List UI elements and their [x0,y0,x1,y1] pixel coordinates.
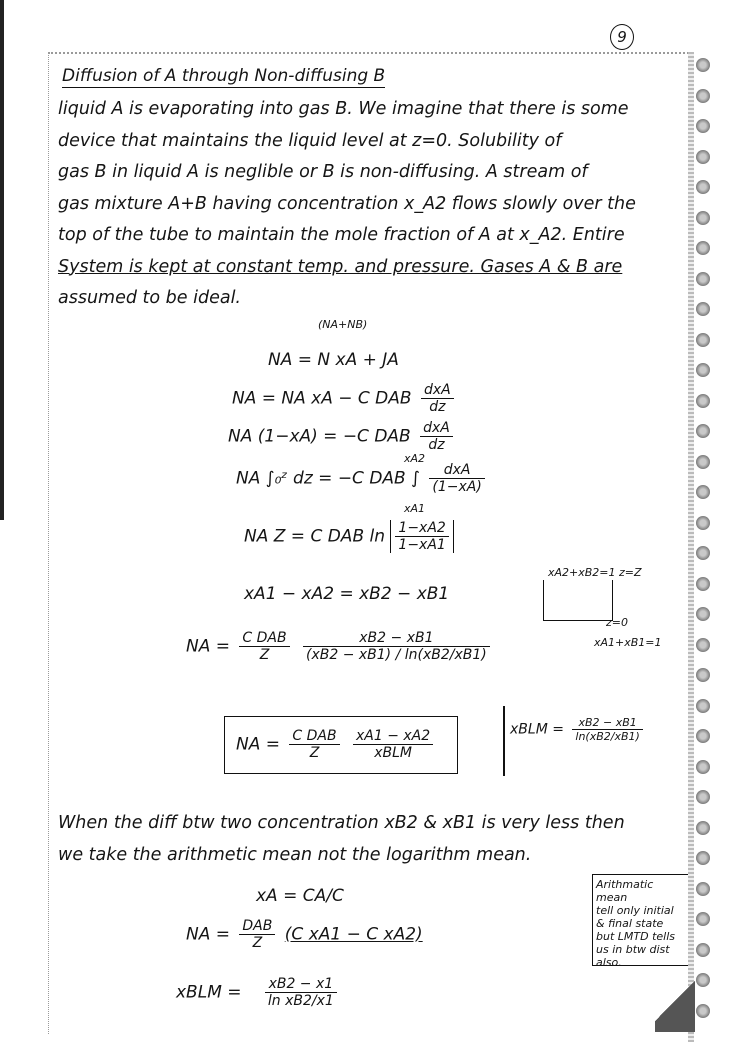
spiral-hole [696,607,710,621]
eq5-lhs: NA Z = C DAB ln [244,527,385,547]
numerator: xB2 − xB1 [572,716,642,730]
numerator: xB2 − x1 [265,976,337,993]
boxed-equation: NA = C DAB Z xA1 − xA2 xBLM [236,728,437,761]
arithmetic-flux-equation: NA = DAB Z (C xA1 − C xA2) [186,918,423,951]
eq2-fraction: dxA dz [421,382,454,415]
eq4-fraction: dxA (1−xA) [429,462,484,495]
paragraph-line: liquid A is evaporating into gas B. We i… [58,94,668,126]
spiral-hole [696,241,710,255]
spiral-hole [696,180,710,194]
numerator: C DAB [289,728,339,745]
e2-fraction: DAB Z [239,918,275,951]
spiral-hole [696,760,710,774]
eq4-lhs: NA ∫₀ᶻ dz = −C DAB ∫ [236,469,420,489]
paragraph-line: When the diff btw two concentration xB2 … [58,808,668,840]
denominator: ln xB2/x1 [265,993,337,1009]
spiral-hole [696,943,710,957]
eq7-fraction-2: xB2 − xB1 (xB2 − xB1) / ln(xB2/xB1) [303,630,490,663]
eq7-fraction-1: C DAB Z [239,630,289,663]
divider-line [503,706,505,776]
spiral-hole [696,699,710,713]
page-title: Diffusion of A through Non-diffusing B [62,66,385,88]
xblm-fraction: xB2 − xB1 ln(xB2/xB1) [572,716,642,743]
numerator: dxA [420,420,453,437]
numerator: xB2 − xB1 [303,630,490,647]
e3-fraction: xB2 − x1 ln xB2/x1 [265,976,337,1009]
equation-4: NA ∫₀ᶻ dz = −C DAB ∫ dxA (1−xA) xA2 xA1 [236,462,489,495]
side-note-line: also. [596,956,685,969]
eq3-fraction: dxA dz [420,420,453,453]
denominator: Z [239,935,275,951]
denominator: (1−xA) [429,479,484,495]
spiral-hole [696,668,710,682]
spiral-hole [696,363,710,377]
denominator: dz [421,399,454,415]
spiral-hole [696,912,710,926]
spiral-hole [696,211,710,225]
eq3-lhs: NA (1−xA) = −C DAB [228,427,411,447]
e3-lhs: xBLM = [176,983,242,1003]
eq5-fraction: 1−xA2 1−xA1 [395,520,448,553]
numerator: 1−xA2 [395,520,448,537]
denominator: Z [239,647,289,663]
side-note-line: tell only initial [596,904,685,917]
e2-rhs: (C xA1 − C xA2) [285,925,423,945]
xblm-lhs: xBLM = [510,722,564,738]
e2-lhs: NA = [186,925,230,945]
side-note-line: Arithmatic mean [596,878,685,904]
diagram-top-label: xA2+xB2=1 z=Z [548,566,642,579]
denominator: xBLM [353,745,433,761]
flux-annotation: (NA+NB) [318,318,367,331]
spiral-hole [696,729,710,743]
abs-bars: 1−xA2 1−xA1 [390,520,453,553]
spiral-binding-edge [688,52,694,1042]
spiral-hole [696,882,710,896]
page-corner-fold [655,970,695,1032]
paragraph-line: top of the tube to maintain the mole fra… [58,220,668,252]
equation-2: NA = NA xA − C DAB dxA dz [232,382,458,415]
spiral-hole [696,638,710,652]
denominator: dz [420,437,453,453]
xblm-equation-2: xBLM = xB2 − x1 ln xB2/x1 [176,976,341,1009]
spiral-hole [696,1004,710,1018]
integral-upper-limit: xA2 [404,452,425,465]
note-paragraph: When the diff btw two concentration xB2 … [58,808,668,871]
equation-3: NA (1−xA) = −C DAB dxA dz [228,420,457,453]
equation-5: NA Z = C DAB ln 1−xA2 1−xA1 [244,520,454,553]
spiral-hole [696,333,710,347]
paragraph-line: gas B in liquid A is neglible or B is no… [58,157,668,189]
boxed-fraction-2: xA1 − xA2 xBLM [353,728,433,761]
paragraph-line: gas mixture A+B having concentration x_A… [58,189,668,221]
tube-diagram [543,580,613,621]
spiral-hole [696,516,710,530]
diagram-bottom-label: z=0 [606,616,628,629]
side-note-line: & final state [596,917,685,930]
numerator: DAB [239,918,275,935]
side-note-line: but LMTD tells [596,930,685,943]
intro-paragraph: liquid A is evaporating into gas B. We i… [58,94,668,315]
numerator: dxA [421,382,454,399]
spiral-hole [696,272,710,286]
equation-6: xA1 − xA2 = xB2 − xB1 [244,584,449,604]
xblm-definition: xBLM = xB2 − xB1 ln(xB2/xB1) [510,716,647,743]
scan-edge [0,0,4,520]
denominator: (xB2 − xB1) / ln(xB2/xB1) [303,647,490,663]
paragraph-line: System is kept at constant temp. and pre… [58,252,668,284]
equation-1: NA = N xA + JA [268,350,399,370]
denominator: ln(xB2/xB1) [572,730,642,743]
spiral-hole [696,973,710,987]
page-number: 9 [610,24,634,50]
mole-fraction-equation: xA = CA/C [256,886,344,906]
equation-7: NA = C DAB Z xB2 − xB1 (xB2 − xB1) / ln(… [186,630,494,663]
numerator: xA1 − xA2 [353,728,433,745]
eq7-lhs: NA = [186,637,230,657]
spiral-hole [696,455,710,469]
spiral-holes [696,58,716,1034]
eq2-lhs: NA = NA xA − C DAB [232,389,412,409]
denominator: 1−xA1 [395,537,448,553]
spiral-hole [696,89,710,103]
paragraph-line: we take the arithmetic mean not the loga… [58,840,668,872]
spiral-hole [696,821,710,835]
spiral-hole [696,485,710,499]
side-note-line: us in btw dist [596,943,685,956]
denominator: Z [289,745,339,761]
numerator: C DAB [239,630,289,647]
spiral-hole [696,424,710,438]
spiral-hole [696,58,710,72]
spiral-hole [696,790,710,804]
side-note-box: Arithmatic mean tell only initial & fina… [592,874,688,966]
spiral-hole [696,394,710,408]
spiral-hole [696,851,710,865]
diagram-below-label: xA1+xB1=1 [594,636,662,649]
boxed-fraction-1: C DAB Z [289,728,339,761]
spiral-hole [696,150,710,164]
paragraph-line: device that maintains the liquid level a… [58,126,668,158]
integral-lower-limit: xA1 [404,502,425,515]
spiral-hole [696,577,710,591]
boxed-lhs: NA = [236,735,280,755]
paragraph-line: assumed to be ideal. [58,283,668,315]
spiral-hole [696,546,710,560]
numerator: dxA [429,462,484,479]
spiral-hole [696,302,710,316]
spiral-hole [696,119,710,133]
